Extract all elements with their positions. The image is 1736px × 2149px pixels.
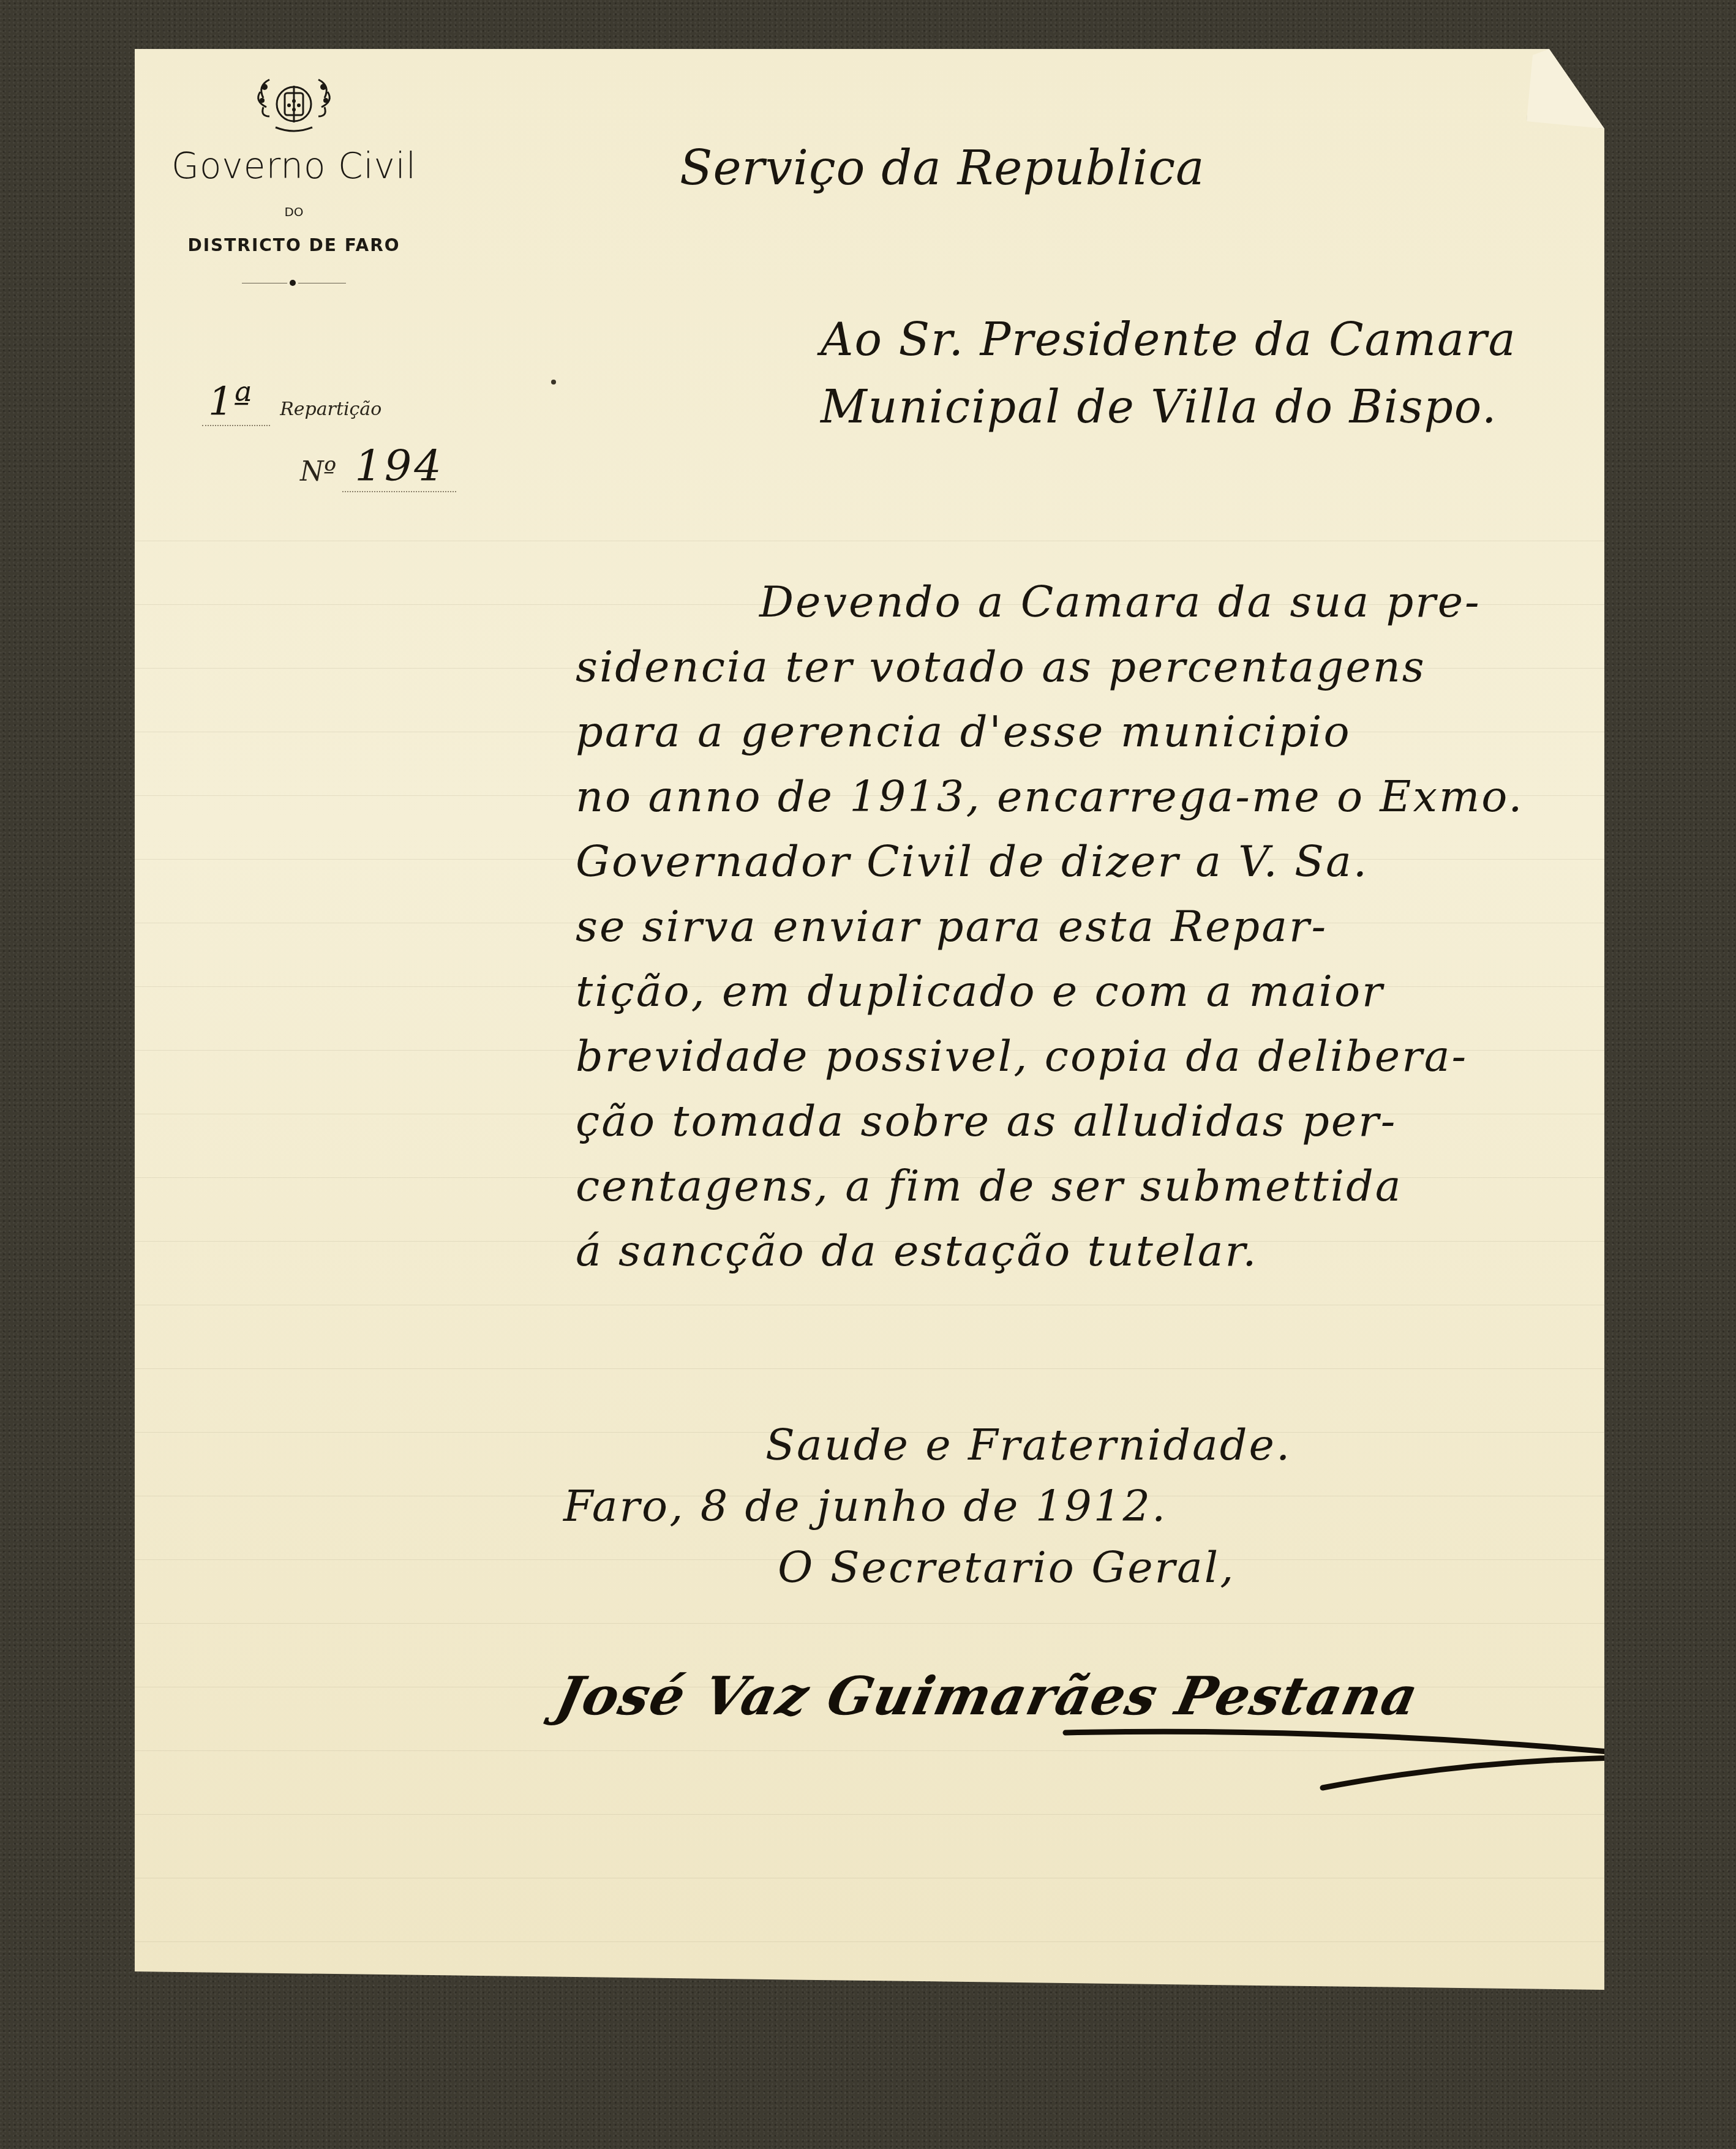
reference-number-line: Nº 194: [300, 441, 456, 492]
body-line: se sirva enviar para esta Repar-: [576, 894, 1592, 959]
service-title: Serviço da Republica: [680, 141, 1205, 196]
body-line: brevidade possivel, copia da delibera-: [576, 1024, 1592, 1089]
body-line: Governador Civil de dizer a V. Sa.: [576, 829, 1592, 894]
body-line: Devendo a Camara da sua pre-: [576, 569, 1592, 634]
signature-flourish-icon: [1053, 1720, 1678, 1794]
district-name: DISTRICTO DE FARO: [165, 235, 423, 255]
folded-corner: [1527, 49, 1604, 129]
addressee-line-1: Ao Sr. Presidente da Camara: [821, 306, 1517, 373]
department-line: 1ª Repartição: [202, 380, 381, 426]
closing-block: Saude e Fraternidade. Faro, 8 de junho d…: [563, 1414, 1291, 1598]
signature: José Vaz Guimarães Pestana: [550, 1665, 1424, 1727]
body-line: ção tomada sobre as alludidas per-: [576, 1089, 1592, 1153]
department-number: 1ª: [202, 380, 270, 426]
body-line: á sancção da estação tutelar.: [576, 1218, 1592, 1283]
body-line: no anno de 1913, encarrega-me o Exmo.: [576, 764, 1592, 829]
body-line: sidencia ter votado as percentagens: [576, 634, 1592, 699]
body-line: centagens, a fim de ser submettida: [576, 1153, 1592, 1218]
number-label: Nº: [300, 456, 336, 487]
ink-dot: [551, 380, 556, 384]
institution-name: Governo Civil: [165, 147, 423, 186]
signatory-role: O Secretario Geral,: [563, 1537, 1291, 1598]
addressee-line-2: Municipal de Villa do Bispo.: [821, 373, 1517, 441]
letterhead: Governo Civil DO DISTRICTO DE FARO: [165, 73, 423, 287]
place-and-date: Faro, 8 de junho de 1912.: [563, 1476, 1291, 1537]
body-line: para a gerencia d'esse municipio: [576, 699, 1592, 764]
closing-greeting: Saude e Fraternidade.: [563, 1414, 1291, 1476]
ornament-divider: [242, 280, 346, 287]
letter-sheet: Governo Civil DO DISTRICTO DE FARO 1ª Re…: [135, 49, 1604, 1990]
department-label: Repartição: [280, 399, 381, 420]
reference-number: 194: [342, 441, 456, 492]
body-line: tição, em duplicado e com a maior: [576, 959, 1592, 1024]
coat-of-arms-icon: [251, 73, 337, 135]
institution-connector: DO: [165, 204, 423, 219]
addressee: Ao Sr. Presidente da Camara Municipal de…: [821, 306, 1517, 441]
letter-body: Devendo a Camara da sua pre- sidencia te…: [576, 569, 1592, 1283]
